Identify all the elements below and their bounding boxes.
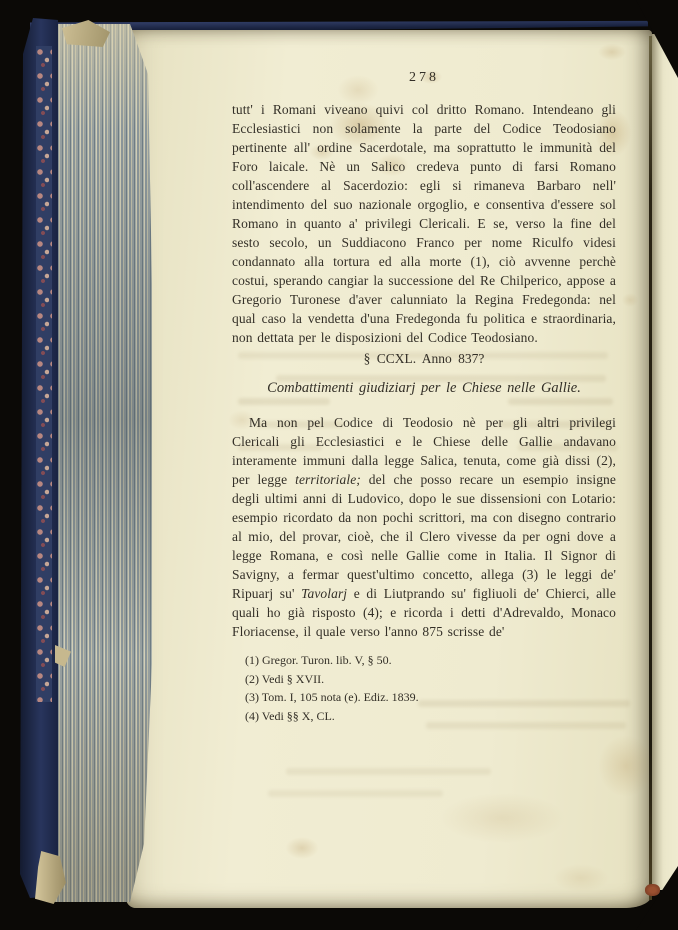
paragraph-1: tutt' i Romani viveano quivi col dritto … (232, 100, 616, 347)
footnote-1: (1) Gregor. Turon. lib. V, § 50. (245, 651, 616, 670)
footnotes: (1) Gregor. Turon. lib. V, § 50. (2) Ved… (232, 651, 616, 725)
marbled-endpaper-edge (36, 46, 52, 702)
page-number: 278 (232, 70, 616, 86)
paragraph-2: Ma non pel Codice di Teodosio nè per gli… (232, 413, 616, 641)
printed-text: 278 tutt' i Romani viveano quivi col dri… (232, 70, 616, 725)
paragraph-2-italic-tavolarj: Tavolarj (301, 586, 347, 601)
footnote-4: (4) Vedi §§ X, CL. (245, 707, 616, 726)
paragraph-2-italic-territoriale: territoriale; (295, 472, 361, 487)
section-subtitle: Combattimenti giudiziarj per le Chiese n… (232, 380, 616, 397)
footnote-2: (2) Vedi § XVII. (245, 670, 616, 689)
facing-page-sliver (651, 34, 678, 890)
fore-edge-pages (46, 24, 152, 902)
footnote-3: (3) Tom. I, 105 nota (e). Ediz. 1839. (245, 688, 616, 707)
book-page: 278 tutt' i Romani viveano quivi col dri… (126, 30, 652, 908)
paragraph-2-text: del che posso recare un esempio insigne … (232, 472, 616, 601)
book-photo: 278 tutt' i Romani viveano quivi col dri… (0, 0, 678, 930)
marbled-spot (645, 884, 660, 896)
section-heading: § CCXL. Anno 837? (232, 351, 616, 367)
